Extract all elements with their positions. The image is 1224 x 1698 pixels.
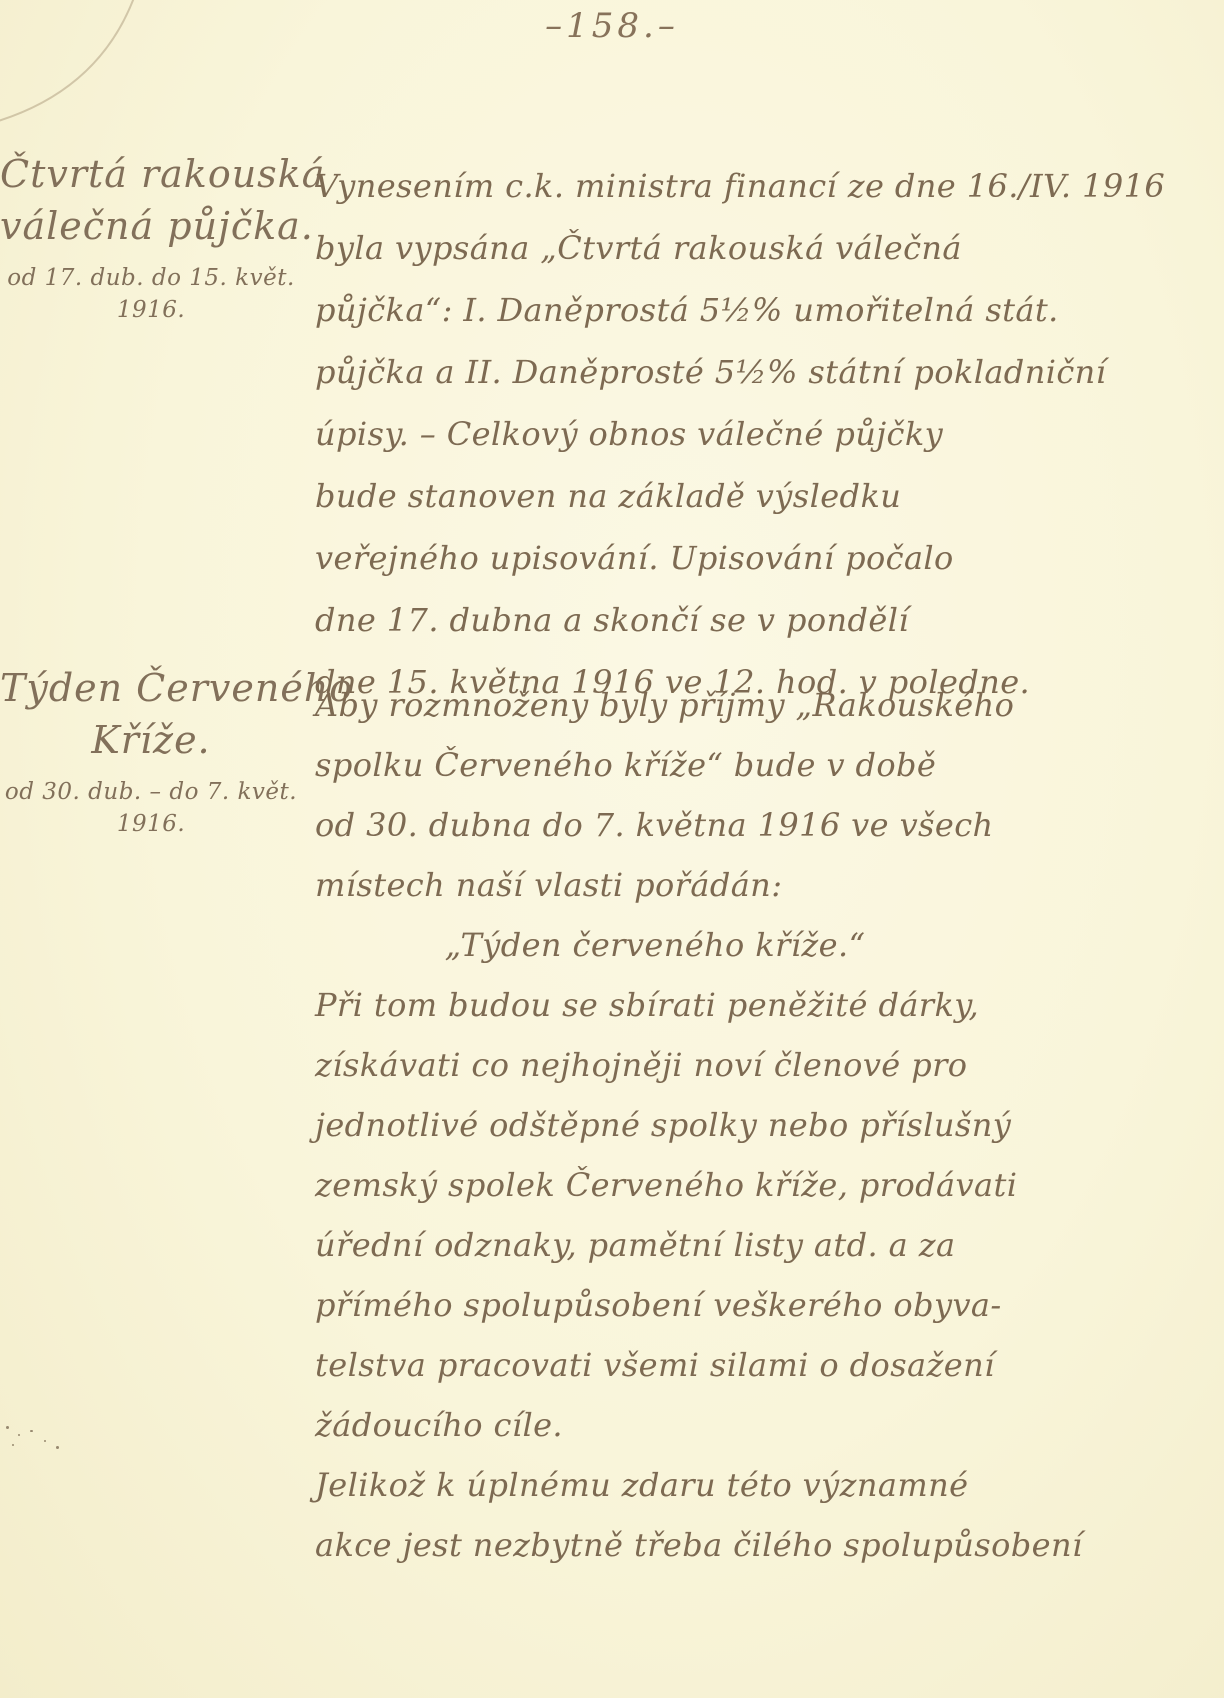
margin-title-line: Týden Červeného: [0, 662, 302, 714]
text-line: Při tom budou se sbírati peněžité dárky,: [315, 975, 1115, 1035]
text-line: telstva pracovati všemi silami o dosažen…: [315, 1335, 1115, 1395]
margin-heading-red-cross-week: Týden Červeného Kříže. od 30. dub. – do …: [0, 662, 302, 840]
text-line: spolku Červeného kříže“ bude v době: [315, 735, 1115, 795]
text-line: byla vypsána „Čtvrtá rakouská válečná: [315, 217, 1115, 279]
text-line: půjčka“: I. Daněprostá 5½% umořitelná st…: [315, 279, 1115, 341]
manuscript-page: –158.– Čtvrtá rakouská válečná půjčka. o…: [0, 0, 1224, 1698]
text-line: místech naší vlasti pořádán:: [315, 855, 1115, 915]
text-line: úřední odznaky, pamětní listy atd. a za: [315, 1215, 1115, 1275]
margin-date-line: 1916.: [0, 294, 302, 326]
text-line: Jelikož k úplnému zdaru této významné: [315, 1455, 1115, 1515]
margin-date-line: od 17. dub. do 15. květ.: [0, 262, 302, 294]
text-line: žádoucího cíle.: [315, 1395, 1115, 1455]
text-line: Aby rozmnoženy byly příjmy „Rakouského: [315, 675, 1115, 735]
margin-title-line: válečná půjčka.: [0, 200, 302, 252]
text-line: zemský spolek Červeného kříže, prodávati: [315, 1155, 1115, 1215]
text-line: od 30. dubna do 7. května 1916 ve všech: [315, 795, 1115, 855]
text-line: přímého spolupůsobení veškerého obyva-: [315, 1275, 1115, 1335]
text-line: dne 17. dubna a skončí se v pondělí: [315, 589, 1115, 651]
margin-title-line: Čtvrtá rakouská: [0, 148, 302, 200]
text-line: jednotlivé odštěpné spolky nebo příslušn…: [315, 1095, 1115, 1155]
page-number: –158.–: [0, 6, 1224, 46]
text-line: bude stanoven na základě výsledku: [315, 465, 1115, 527]
margin-heading-war-loan: Čtvrtá rakouská válečná půjčka. od 17. d…: [0, 148, 302, 326]
paragraph-war-loan: Vynesením c.k. ministra financí ze dne 1…: [315, 155, 1115, 713]
text-line: akce jest nezbytně třeba čilého spolupůs…: [315, 1515, 1115, 1575]
margin-title-line: Kříže.: [0, 714, 302, 766]
text-line: Vynesením c.k. ministra financí ze dne 1…: [315, 155, 1115, 217]
margin-date-line: 1916.: [0, 808, 302, 840]
text-line-red-cross-week-title: „Týden červeného kříže.“: [315, 915, 1115, 975]
text-line: veřejného upisování. Upisování počalo: [315, 527, 1115, 589]
ink-speckles: [0, 1408, 80, 1458]
text-line: půjčka a II. Daněprosté 5½% státní pokla…: [315, 341, 1115, 403]
text-line: úpisy. – Celkový obnos válečné půjčky: [315, 403, 1115, 465]
text-line: získávati co nejhojněji noví členové pro: [315, 1035, 1115, 1095]
margin-date-line: od 30. dub. – do 7. květ.: [0, 776, 302, 808]
paragraph-red-cross-week: Aby rozmnoženy byly příjmy „Rakouského s…: [315, 675, 1115, 1575]
